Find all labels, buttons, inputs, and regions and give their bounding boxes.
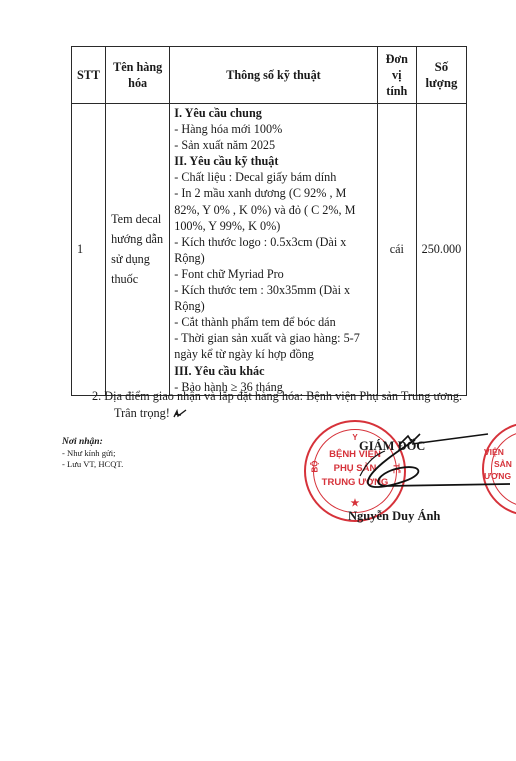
row-unit: cái: [377, 104, 416, 396]
header-qty: Số lượng: [416, 47, 466, 104]
spec-section-heading: II. Yêu cầu kỹ thuật: [174, 153, 374, 169]
table-row: 1 Tem decal hướng dẫn sử dụng thuốc I. Y…: [72, 104, 467, 396]
row-item-name: Tem decal hướng dẫn sử dụng thuốc: [106, 104, 170, 396]
header-name: Tên hàng hóa: [106, 47, 170, 104]
closing-note: Trân trọng!: [114, 406, 187, 421]
header-stt: STT: [72, 47, 106, 104]
row-quantity: 250.000: [416, 104, 466, 396]
recipient-item: - Lưu VT, HCQT.: [62, 459, 123, 470]
recipients-block: Nơi nhận: - Như kính gửi; - Lưu VT, HCQT…: [62, 437, 123, 470]
row-stt: 1: [72, 104, 106, 396]
spec-item: - Hàng hóa mới 100%: [174, 121, 374, 137]
spec-table: STT Tên hàng hóa Thông số kỹ thuật Đơn v…: [71, 46, 467, 396]
spec-item: - Cắt thành phẩm tem để bóc dán: [174, 314, 374, 330]
initial-mark-icon: [173, 409, 187, 419]
stamp-left-mark: BỘ: [311, 461, 320, 473]
spec-item: - Sản xuất năm 2025: [174, 137, 374, 153]
recipient-item: - Như kính gửi;: [62, 448, 123, 459]
spec-item: - Kích thước tem : 30x35mm (Dài x Rộng): [174, 282, 374, 314]
director-name: Nguyễn Duy Ánh: [348, 509, 440, 524]
delivery-location-note: 2. Địa điểm giao nhận và lắp đặt hàng hó…: [92, 389, 462, 404]
spec-section-heading: I. Yêu cầu chung: [174, 105, 374, 121]
recipients-title: Nơi nhận:: [62, 437, 123, 448]
spec-item: - Chất liệu : Decal giấy bám dính: [174, 169, 374, 185]
spec-item: - Kích thước logo : 0.5x3cm (Dài x Rộng): [174, 234, 374, 266]
header-spec: Thông số kỹ thuật: [170, 47, 378, 104]
closing-text: Trân trọng!: [114, 406, 170, 420]
row-spec: I. Yêu cầu chung- Hàng hóa mới 100%- Sản…: [170, 104, 378, 396]
spec-item: - Thời gian sản xuất và giao hàng: 5-7 n…: [174, 330, 374, 362]
table-header-row: STT Tên hàng hóa Thông số kỹ thuật Đơn v…: [72, 47, 467, 104]
spec-section-heading: III. Yêu cầu khác: [174, 363, 374, 379]
signature-icon: [330, 426, 516, 501]
spec-item: - Font chữ Myriad Pro: [174, 266, 374, 282]
header-unit: Đơn vị tính: [377, 47, 416, 104]
spec-item: - In 2 mầu xanh dương (C 92% , M 82%, Y …: [174, 185, 374, 233]
